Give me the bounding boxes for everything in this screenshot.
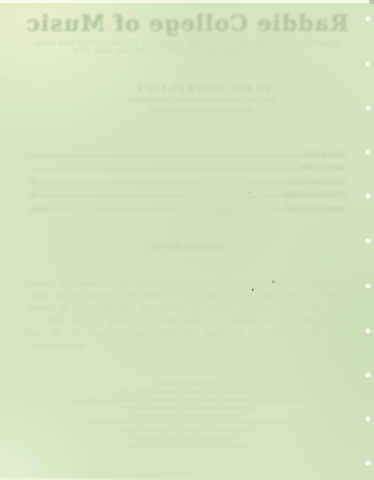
ink-speck: , [250,283,255,293]
ink-speck: ·· [1,82,5,88]
ink-speck: · [247,190,249,197]
ink-marks: ··,°····· [0,0,374,480]
ink-speck: · [200,217,202,222]
ink-speck: ° [271,281,276,290]
scanned-page: Raddie College of Music CHARTERED UNDER … [0,0,374,480]
ink-speck: · [221,449,223,455]
